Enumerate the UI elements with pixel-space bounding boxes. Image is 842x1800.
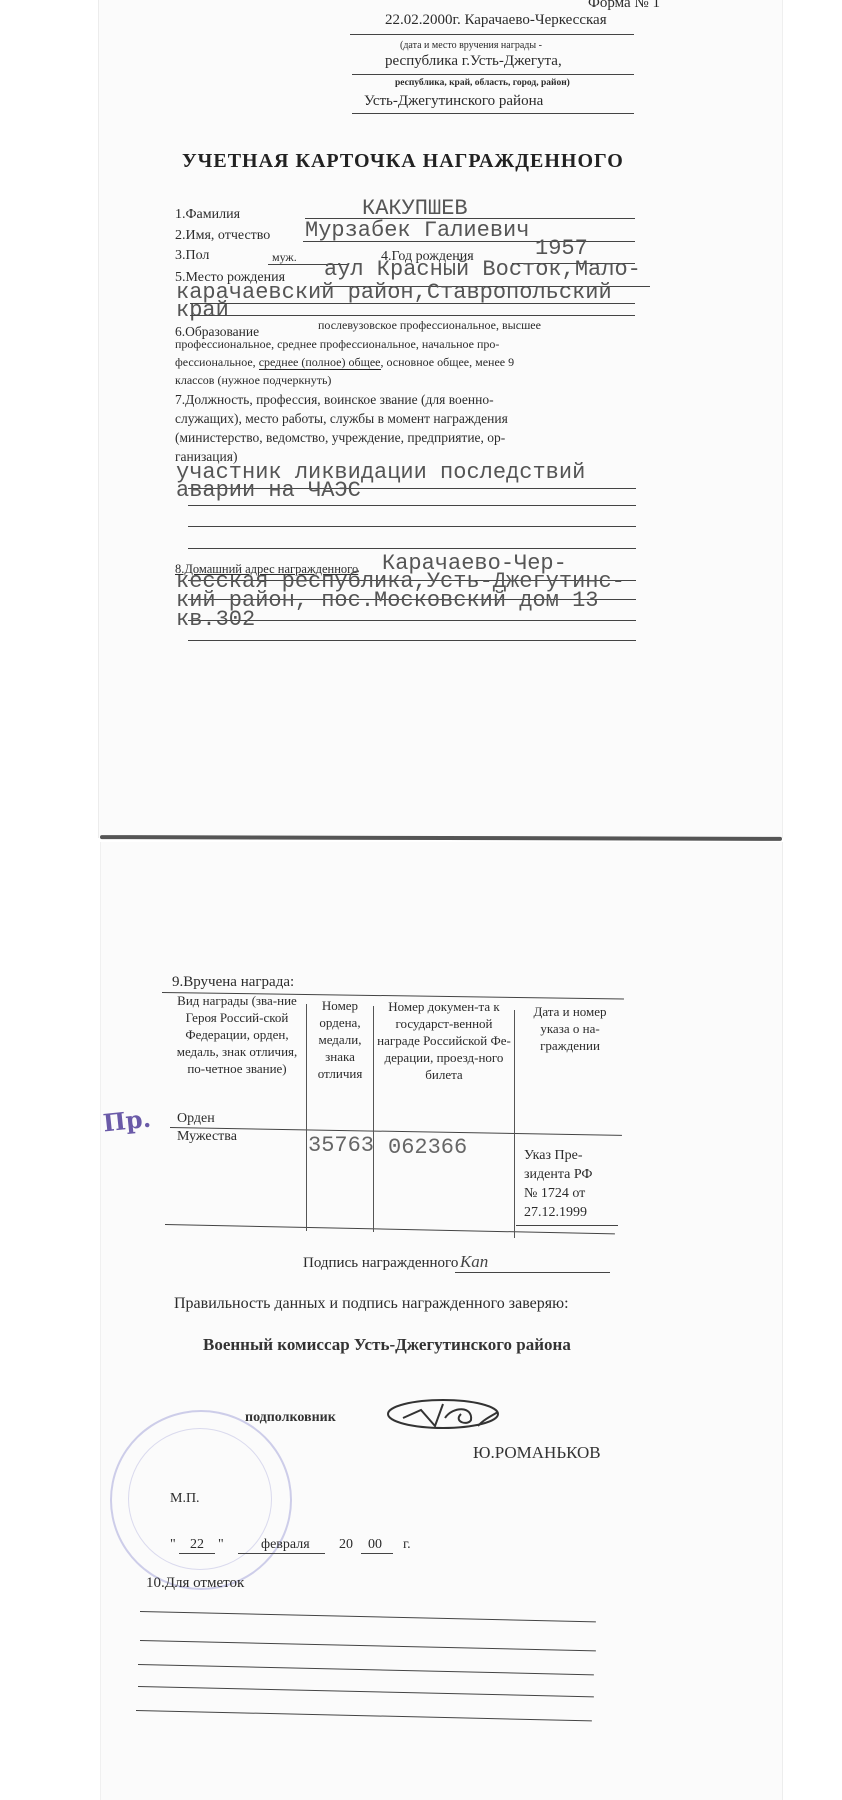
table-header-award-number: Номер ордена, медали, знака отличия [308,997,372,1082]
birthplace-underline-2 [190,303,635,304]
name-label: 2.Имя, отчество [175,228,270,244]
award-date-place-line1: 22.02.2000г. Карачаево-Черкесская [385,12,607,29]
rank: подполковник [245,1410,336,1426]
seal-label: М.П. [170,1491,200,1507]
award-type-line2: Мужества [177,1129,237,1145]
table-col-divider-1 [306,1004,307,1231]
position-label-line1: 7.Должность, профессия, воинское звание … [175,392,494,408]
birthplace-line2: карачаевский район,Ставропольский [176,280,612,305]
date-quote-close: " [218,1537,224,1553]
award-date-place-line2: республика г.Усть-Джегута, [385,53,562,70]
page-divider [100,835,782,841]
table-col-divider-3 [514,1010,515,1238]
date-month-underline [238,1553,325,1554]
position-value-line2: аварии на ЧАЭС [176,478,361,503]
award-date-place-line3: Усть-Джегутинского района [364,93,543,110]
commissar-signature-icon [383,1396,523,1446]
award-section-label: 9.Вручена награда: [172,974,294,991]
award-date-place-underline-3 [352,113,634,114]
education-selected-option: среднее (полное) общее [259,355,381,370]
date-quote-open: " [170,1537,176,1553]
position-label-line2: служащих), место работы, службы в момент… [175,411,508,427]
recipient-signature-label: Подпись награжденного [303,1255,458,1272]
margin-mark: Пр. [102,1104,153,1138]
card-title: УЧЕТНАЯ КАРТОЧКА НАГРАЖДЕННОГО [182,150,624,173]
position-underline-3 [188,526,636,527]
table-col-divider-2 [373,1006,374,1232]
document-number: 062366 [388,1135,467,1160]
award-date-place-hint2: республика, край, область, город, район) [395,78,570,88]
name-value: Мурзабек Галиевич [305,218,529,243]
commissar-title: Военный комиссар Усть-Джегутинского райо… [203,1335,571,1355]
date-year: 00 [368,1537,382,1553]
notes-label: 10.Для отметок [146,1575,244,1592]
table-header-decree: Дата и номер указа о на-граждении [518,1003,622,1054]
decree-line2: зидента РФ [524,1167,592,1183]
birthplace-underline-3 [190,315,635,316]
position-label-line3: (министерство, ведомство, учреждение, пр… [175,430,505,446]
decree-line4: 27.12.1999 [524,1205,587,1221]
date-day: 22 [190,1537,204,1553]
sex-value: муж. [272,250,297,265]
sex-label: 3.Пол [175,248,209,264]
form-number: Форма № 1 [588,0,660,12]
award-date-place-hint1: (дата и место вручения награды - [400,40,542,51]
address-line4: кв.302 [176,607,255,632]
date-year-underline [361,1553,393,1554]
education-option-text: , основное общее, менее 9 [381,355,515,369]
position-underline-2 [188,505,636,506]
date-day-underline [179,1553,215,1554]
commissar-name: Ю.РОМАНЬКОВ [473,1443,601,1463]
recipient-signature: Кап [460,1252,488,1272]
date-suffix: г. [403,1537,411,1553]
birthplace-line1: аул Красный Восток,Мало- [324,257,641,282]
surname-label: 1.Фамилия [175,207,240,223]
birthplace-line3: край [176,298,229,323]
award-date-place-underline-1 [350,34,634,35]
table-header-award-type: Вид награды (зва-ние Героя Россий-ской Ф… [170,992,304,1077]
education-line2: профессиональное, среднее профессиональн… [175,337,499,352]
award-date-place-underline-2 [352,74,634,75]
decree-underline [516,1225,618,1226]
table-header-document-number: Номер докумен-та к государст-венной нагр… [376,998,512,1083]
certify-text: Правильность данных и подпись награжденн… [174,1295,569,1313]
date-century: 20 [339,1537,353,1553]
recipient-signature-underline [455,1272,610,1273]
address-underline-4 [188,640,636,641]
education-line4: классов (нужное подчеркнуть) [175,373,331,388]
decree-line1: Указ Пре- [524,1148,583,1164]
award-number: 35763 [308,1133,374,1158]
position-underline-4 [188,548,636,549]
date-month: февраля [261,1537,310,1553]
education-line3: фессиональное, среднее (полное) общее, о… [175,355,514,370]
education-option-text: фессиональное, [175,355,259,369]
award-type-line1: Орден [177,1111,215,1127]
decree-line3: № 1724 от [524,1186,585,1202]
education-line1: послевузовское профессиональное, высшее [318,318,541,333]
